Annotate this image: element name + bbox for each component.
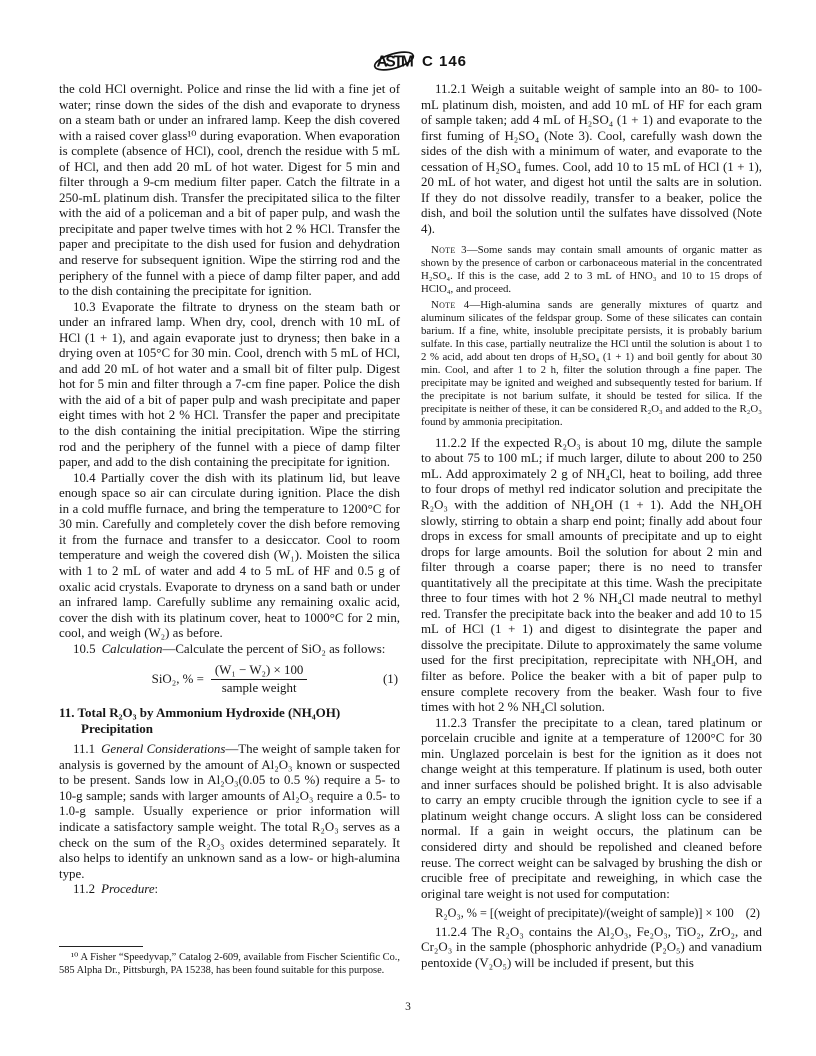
section-number: 10.5 (73, 642, 96, 656)
equation-1: SiO₂, % =(W₁ − W₂) × 100sample weight (1… (59, 663, 400, 696)
paragraph-11-2: 11.2Procedure: (59, 882, 400, 898)
astm-logo-icon: ASTM (373, 46, 415, 76)
equation-2: R₂O₃, % = [(weight of precipitate)/(weig… (421, 906, 762, 922)
paragraph-11-2-3: 11.2.3 Transfer the precipitate to a cle… (421, 716, 762, 903)
heading-section-11: 11. Total R₂O₃ by Ammonium Hydroxide (NH… (59, 705, 400, 736)
note-4: Note 4—High-alumina sands are generally … (421, 299, 762, 429)
equation-number: (2) (746, 906, 760, 922)
section-title-italic: Calculation (102, 642, 163, 656)
note-3: Note 3—Some sands may contain small amou… (421, 244, 762, 296)
paragraph-10-5: 10.5Calculation—Calculate the percent of… (59, 642, 400, 658)
page-header: ASTM C 146 (12, 46, 816, 76)
document-number: C 146 (422, 53, 467, 70)
footnote-text: ¹⁰ A Fisher “Speedyvap,” Catalog 2-609, … (59, 952, 400, 977)
section-title-italic: Procedure (101, 882, 154, 896)
equation-lhs: SiO₂, % = (152, 672, 204, 686)
left-column: the cold HCl overnight. Police and rinse… (59, 82, 400, 971)
heading-line-1: 11. Total R₂O₃ by Ammonium Hydroxide (NH… (59, 705, 400, 721)
paragraph-10-4: 10.4 Partially cover the dish with its p… (59, 471, 400, 642)
equation-fraction: (W₁ − W₂) × 100sample weight (211, 663, 307, 696)
equation-body: R₂O₃, % = [(weight of precipitate)/(weig… (435, 906, 747, 922)
equation-number: (1) (383, 672, 398, 688)
paragraph-11-2-2: 11.2.2 If the expected R₂O₃ is about 10 … (421, 436, 762, 716)
note-label: Note 3 (431, 244, 467, 256)
paragraph-10-3: 10.3 Evaporate the filtrate to dryness o… (59, 300, 400, 471)
paragraph-text: —Calculate the percent of SiO₂ as follow… (162, 642, 385, 656)
heading-line-2: Precipitation (59, 721, 400, 737)
section-number: 11.2 (73, 882, 95, 896)
paragraph-text: : (155, 882, 159, 896)
footnote-rule (59, 946, 143, 947)
note-text: —Some sands may contain small amounts of… (421, 244, 762, 295)
paragraph-10-2-continuation: the cold HCl overnight. Police and rinse… (59, 82, 400, 300)
section-title-italic: General Considerations (101, 742, 225, 756)
paragraph-11-1: 11.1General Considerations—The weight of… (59, 742, 400, 882)
fraction-denominator: sample weight (211, 680, 307, 696)
paragraph-11-2-4: 11.2.4 The R₂O₃ contains the Al₂O₃, Fe₂O… (421, 925, 762, 972)
paragraph-11-2-1: 11.2.1 Weigh a suitable weight of sample… (421, 82, 762, 237)
paragraph-text: —The weight of sample taken for analysis… (59, 742, 400, 880)
footnote-10: ¹⁰ A Fisher “Speedyvap,” Catalog 2-609, … (59, 946, 400, 977)
right-column: 11.2.1 Weigh a suitable weight of sample… (421, 82, 762, 971)
note-label: Note 4 (431, 299, 469, 311)
document-page: ASTM C 146 the cold HCl overnight. Polic… (0, 0, 816, 1056)
document-body: the cold HCl overnight. Police and rinse… (59, 82, 762, 971)
section-number: 11.1 (73, 742, 95, 756)
note-text: —High-alumina sands are generally mixtur… (421, 299, 762, 428)
astm-logo-text: ASTM (376, 54, 412, 71)
page-number: 3 (0, 1001, 816, 1013)
fraction-numerator: (W₁ − W₂) × 100 (211, 663, 307, 680)
